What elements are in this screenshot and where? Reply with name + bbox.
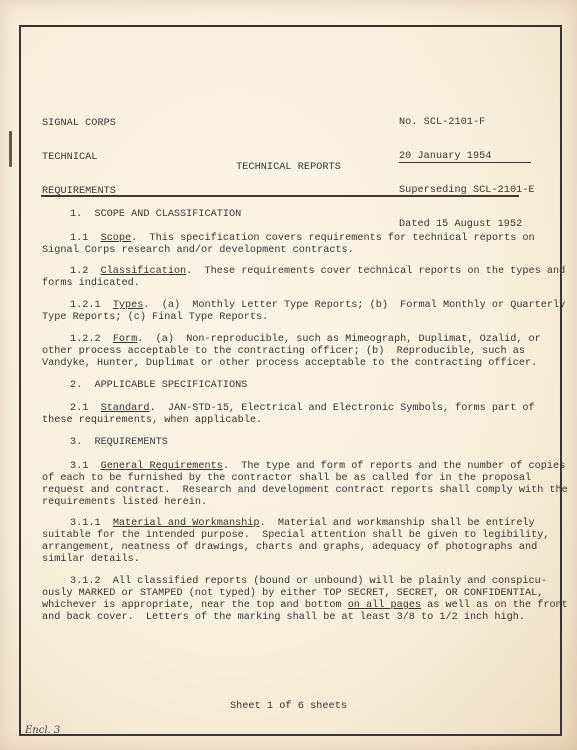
paragraph-title: Classification [101, 266, 187, 277]
paragraph-2-1: 2.1 Standard. JAN-STD-15, Electrical and… [42, 403, 542, 427]
paragraph-1-2-2: 1.2.2 Form. (a) Non-reproducible, such a… [42, 334, 542, 370]
paragraph-title: Form [113, 334, 137, 345]
emphasis-all-pages: on all pages [348, 600, 421, 611]
paragraph-1-2-1: 1.2.1 Types. (a) Monthly Letter Type Rep… [42, 300, 542, 324]
section-2-heading: 2. APPLICABLE SPECIFICATIONS [42, 380, 542, 392]
paragraph-title: Types [113, 300, 144, 311]
section-1-heading: 1. SCOPE AND CLASSIFICATION [42, 209, 542, 221]
paragraph-1-1: 1.1 Scope. This specification covers req… [42, 233, 542, 257]
paragraph-3-1-2: 3.1.2 All classified reports (bound or u… [42, 576, 542, 624]
sheet-number: Sheet 1 of 6 sheets [0, 701, 577, 712]
paragraph-title: Scope [101, 233, 132, 244]
header-divider [41, 195, 519, 197]
header-right: No. SCL-2101-F 20 January 1954 Supersedi… [399, 95, 535, 253]
document-title: TECHNICAL REPORTS [0, 162, 577, 173]
paragraph-title: General Requirements [101, 461, 223, 472]
header-left: SIGNAL CORPS TECHNICAL REQUIREMENTS [42, 96, 116, 220]
paragraph-title: Material and Workmanship [113, 518, 260, 529]
paragraph-3-1-1: 3.1.1 Material and Workmanship. Material… [42, 518, 542, 566]
handwritten-enclosure-note: Encl. 3 [25, 725, 60, 736]
paragraph-3-1: 3.1 General Requirements. The type and f… [42, 461, 542, 509]
paragraph-title: Standard [101, 403, 150, 414]
paragraph-1-2: 1.2 Classification. These requirements c… [42, 266, 542, 290]
document-page: SIGNAL CORPS TECHNICAL REQUIREMENTS No. … [0, 0, 577, 750]
header-left-line: SIGNAL CORPS [42, 118, 116, 130]
spec-number: No. SCL-2101-F [399, 117, 535, 129]
section-3-heading: 3. REQUIREMENTS [42, 437, 542, 449]
